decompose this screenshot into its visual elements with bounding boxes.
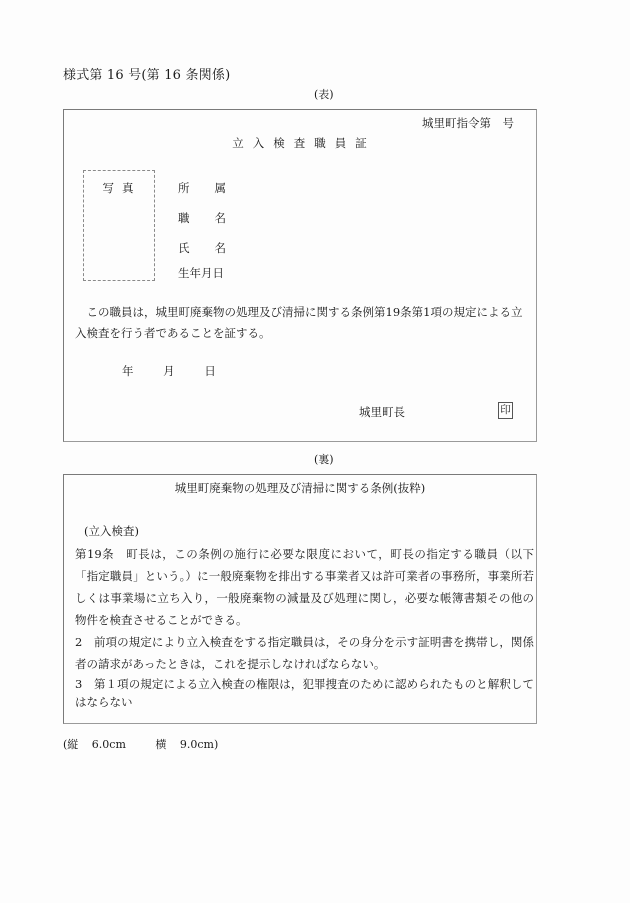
photo-placeholder: 写真 (83, 170, 155, 281)
article-paragraph-1: 第19条 町長は，この条例の施行に必要な限度において，町長の指定する職員（以下「… (75, 543, 534, 631)
id-card-back: 城里町廃棄物の処理及び清掃に関する条例(抜粋) (立入検査) 第19条 町長は，… (63, 474, 537, 724)
front-side-label: (表) (314, 86, 334, 102)
card-title: 立入検査職員証 (64, 135, 536, 151)
form-number: 様式第 16 号(第 16 条関係) (63, 64, 230, 83)
issue-date: 年 月 日 (122, 363, 242, 379)
certification-statement: この職員は，城里町廃棄物の処理及び清掃に関する条例第19条第1項の規定による立入… (75, 302, 528, 344)
article-paragraph-3: 3 第１項の規定による立入検査の権限は，犯罪捜査のために認められたものと解釈して… (75, 675, 534, 711)
date-year: 年 (122, 363, 134, 379)
size-open: (縦 (63, 736, 78, 752)
field-label: 所 属 (178, 180, 226, 196)
size-height: 6.0cm (92, 738, 126, 751)
issue-number: 城里町指令第 号 (422, 115, 514, 131)
size-width-label: 横 (155, 736, 166, 752)
field-position: 職 名 (178, 210, 226, 226)
field-affiliation: 所 属 (178, 180, 226, 196)
article-heading: (立入検査) (84, 523, 139, 539)
field-label: 職 名 (178, 210, 226, 226)
back-side-label: (裏) (314, 451, 334, 467)
date-day: 日 (204, 363, 216, 379)
ordinance-title: 城里町廃棄物の処理及び清掃に関する条例(抜粋) (64, 480, 536, 496)
date-month: 月 (163, 363, 175, 379)
issuer-title: 城里町長 (359, 404, 405, 420)
article-paragraph-2: 2 前項の規定により立入検査をする指定職員は，その身分を示す証明書を携帯し，関係… (75, 631, 534, 675)
photo-label: 写真 (84, 180, 154, 196)
id-card-front: 城里町指令第 号 立入検査職員証 写真 所 属 職 名 氏 名 生年月日 この職… (63, 109, 537, 442)
field-label: 氏 名 (178, 240, 226, 256)
seal-icon: 印 (498, 402, 513, 419)
field-label: 生年月日 (178, 266, 224, 280)
field-name: 氏 名 (178, 240, 226, 256)
article-body: 第19条 町長は，この条例の施行に必要な限度において，町長の指定する職員（以下「… (75, 543, 534, 711)
card-size-note: (縦 6.0cm 横 9.0cm) (63, 736, 218, 752)
field-birthdate: 生年月日 (178, 265, 224, 281)
size-width: 9.0cm) (180, 738, 218, 751)
